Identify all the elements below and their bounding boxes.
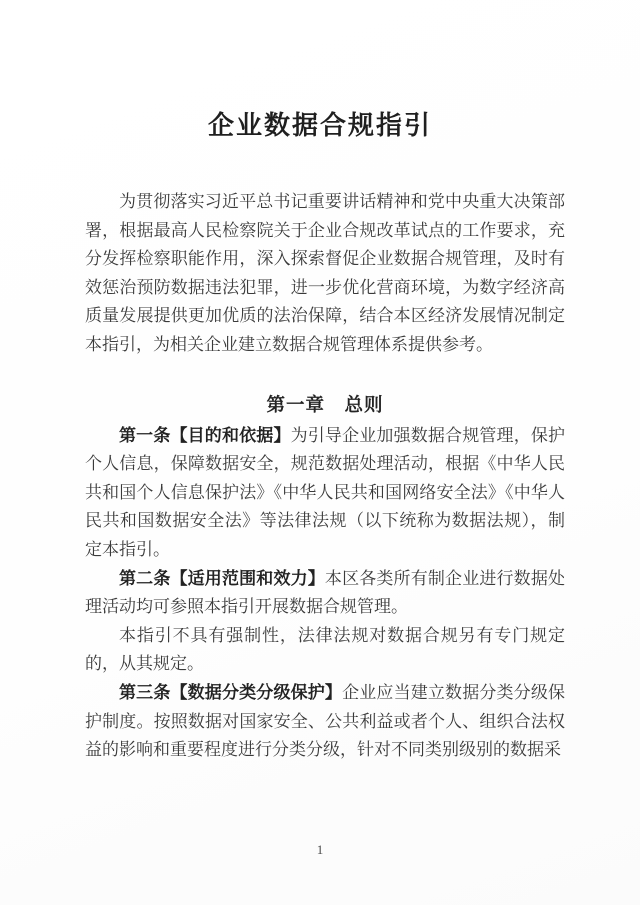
article-paragraph: 第三条【数据分类分级保护】企业应当建立数据分类分级保护制度。按照数据对国家安全、… xyxy=(85,679,565,765)
chapter-heading: 第一章 总则 xyxy=(85,390,565,419)
document-title: 企业数据合规指引 xyxy=(0,0,640,144)
article-paragraph: 第二条【适用范围和效力】本区各类所有制企业进行数据处理活动均可参照本指引开展数据… xyxy=(85,565,565,622)
intro-paragraph: 为贯彻落实习近平总书记重要讲话精神和党中央重大决策部署，根据最高人民检察院关于企… xyxy=(85,188,565,360)
article-paragraph: 第一条【目的和依据】为引导企业加强数据合规管理，保护个人信息，保障数据安全，规范… xyxy=(85,422,565,565)
document-page: 企业数据合规指引 为贯彻落实习近平总书记重要讲话精神和党中央重大决策部署，根据最… xyxy=(0,0,640,905)
article-paragraph: 本指引不具有强制性，法律法规对数据合规另有专门规定的，从其规定。 xyxy=(85,622,565,679)
articles-section: 第一条【目的和依据】为引导企业加强数据合规管理，保护个人信息，保障数据安全，规范… xyxy=(85,422,565,765)
document-body: 为贯彻落实习近平总书记重要讲话精神和党中央重大决策部署，根据最高人民检察院关于企… xyxy=(85,188,565,765)
article-lead: 第三条【数据分类分级保护】 xyxy=(119,683,342,702)
page-number: 1 xyxy=(0,842,640,858)
article-lead: 第一条【目的和依据】 xyxy=(119,426,291,445)
article-lead: 第二条【适用范围和效力】 xyxy=(119,569,325,588)
